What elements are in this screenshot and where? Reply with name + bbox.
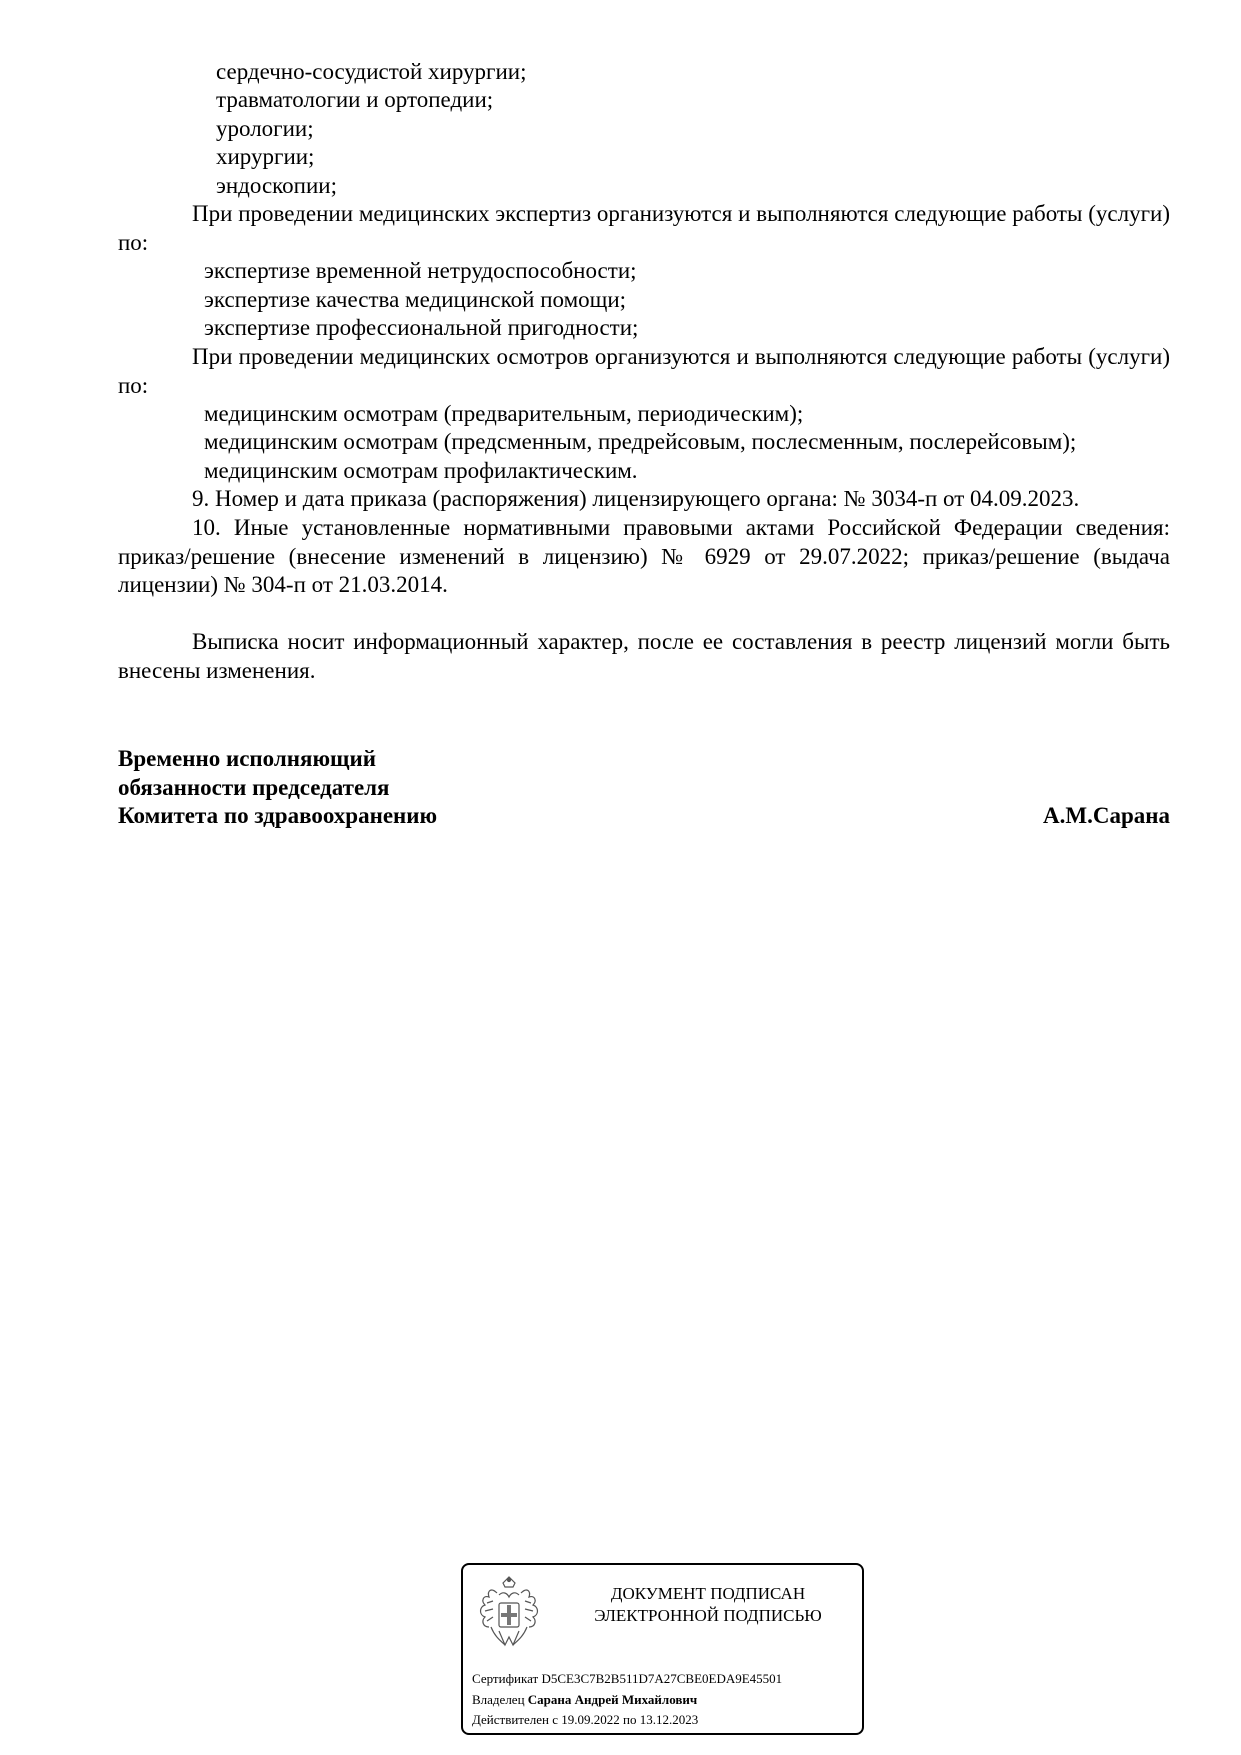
list-item: медицинским осмотрам (предварительным, п… (204, 400, 803, 428)
list-item: травматологии и ортопедии; (216, 86, 493, 114)
list-item: хирургии; (216, 143, 314, 171)
other-info-item: 10. Иные установленные нормативными прав… (118, 514, 1170, 600)
list-item: экспертизе временной нетрудоспособности; (204, 257, 637, 285)
list-item: экспертизе качества медицинской помощи; (204, 286, 626, 314)
signatory-position-line2: обязанности председателя (118, 774, 390, 802)
list-item: эндоскопии; (216, 172, 337, 200)
stamp-title-line2: ЭЛЕКТРОННОЙ ПОДПИСЬЮ (563, 1605, 853, 1627)
validity-line: Действителен с 19.09.2022 по 13.12.2023 (472, 1712, 698, 1728)
electronic-signature-stamp: ДОКУМЕНТ ПОДПИСАН ЭЛЕКТРОННОЙ ПОДПИСЬЮ С… (461, 1563, 864, 1735)
double-headed-eagle-emblem-icon (477, 1575, 541, 1653)
list-item: медицинским осмотрам профилактическим. (204, 457, 638, 485)
signatory-position-line1: Временно исполняющий (118, 745, 376, 773)
order-number-item: 9. Номер и дата приказа (распоряжения) л… (192, 485, 1079, 513)
signatory-position-line3: Комитета по здравоохранению (118, 802, 437, 830)
certificate-line: Сертификат D5CE3C7B2B511D7A27CBE0EDA9E45… (472, 1671, 782, 1687)
owner-label: Владелец (472, 1692, 525, 1707)
owner-line: Владелец Сарана Андрей Михайлович (472, 1692, 697, 1708)
certificate-value: D5CE3C7B2B511D7A27CBE0EDA9E45501 (541, 1671, 782, 1686)
notice-paragraph: Выписка носит информационный характер, п… (118, 628, 1170, 685)
expertise-intro: При проведении медицинских экспертиз орг… (118, 200, 1170, 257)
list-item: экспертизе профессиональной пригодности; (204, 314, 638, 342)
exams-intro: При проведении медицинских осмотров орга… (118, 343, 1170, 400)
owner-value: Сарана Андрей Михайлович (528, 1692, 697, 1707)
signatory-name: А.М.Сарана (1043, 802, 1170, 830)
stamp-title-line1: ДОКУМЕНТ ПОДПИСАН (563, 1583, 853, 1605)
list-item: медицинским осмотрам (предсменным, предр… (204, 428, 1076, 456)
list-item: урологии; (216, 115, 314, 143)
certificate-label: Сертификат (472, 1671, 538, 1686)
list-item: сердечно-сосудистой хирургии; (216, 58, 526, 86)
stamp-title: ДОКУМЕНТ ПОДПИСАН ЭЛЕКТРОННОЙ ПОДПИСЬЮ (563, 1583, 853, 1627)
